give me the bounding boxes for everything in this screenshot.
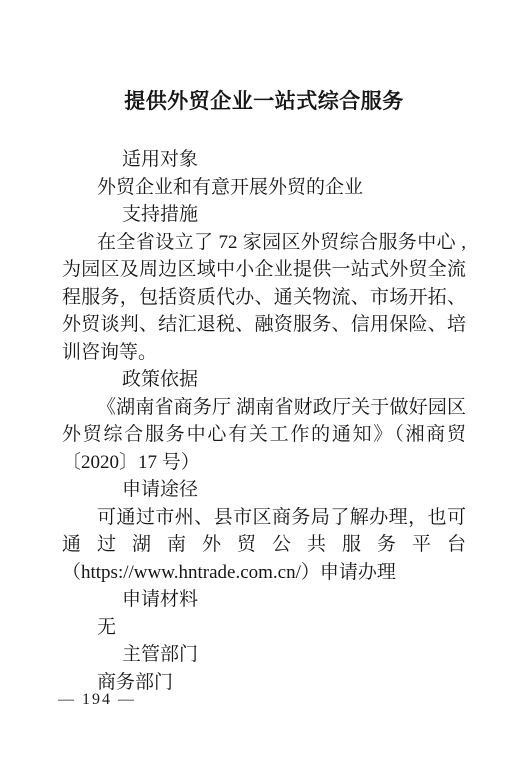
section-heading: 申请材料 bbox=[62, 586, 466, 614]
section-heading: 适用对象 bbox=[62, 146, 466, 174]
section-heading: 政策依据 bbox=[62, 366, 466, 394]
section-applicable-targets: 适用对象 外贸企业和有意开展外贸的企业 bbox=[62, 146, 466, 201]
document-content: 适用对象 外贸企业和有意开展外贸的企业 支持措施 在全省设立了 72 家园区外贸… bbox=[62, 146, 466, 696]
section-heading: 支持措施 bbox=[62, 201, 466, 229]
section-application-channel: 申请途径 可通过市州、县市区商务局了解办理，也可通过湖南外贸公共服务平台（htt… bbox=[62, 476, 466, 586]
section-body: 在全省设立了 72 家园区外贸综合服务中心 ,为园区及周边区域中小企业提供一站式… bbox=[62, 229, 466, 367]
section-body: 无 bbox=[62, 614, 466, 642]
section-competent-department: 主管部门 商务部门 bbox=[62, 641, 466, 696]
page-title: 提供外贸企业一站式综合服务 bbox=[0, 0, 528, 115]
section-heading: 申请途径 bbox=[62, 476, 466, 504]
page-number: — 194 — bbox=[58, 691, 136, 709]
section-body: 《湖南省商务厅 湖南省财政厅关于做好园区外贸综合服务中心有关工作的通知》（湘商贸… bbox=[62, 394, 466, 477]
section-body: 外贸企业和有意开展外贸的企业 bbox=[62, 174, 466, 202]
section-support-measures: 支持措施 在全省设立了 72 家园区外贸综合服务中心 ,为园区及周边区域中小企业… bbox=[62, 201, 466, 366]
section-application-materials: 申请材料 无 bbox=[62, 586, 466, 641]
section-heading: 主管部门 bbox=[62, 641, 466, 669]
section-body: 可通过市州、县市区商务局了解办理，也可通过湖南外贸公共服务平台（https://… bbox=[62, 504, 466, 587]
section-policy-basis: 政策依据 《湖南省商务厅 湖南省财政厅关于做好园区外贸综合服务中心有关工作的通知… bbox=[62, 366, 466, 476]
document-page: 提供外贸企业一站式综合服务 适用对象 外贸企业和有意开展外贸的企业 支持措施 在… bbox=[0, 0, 528, 767]
